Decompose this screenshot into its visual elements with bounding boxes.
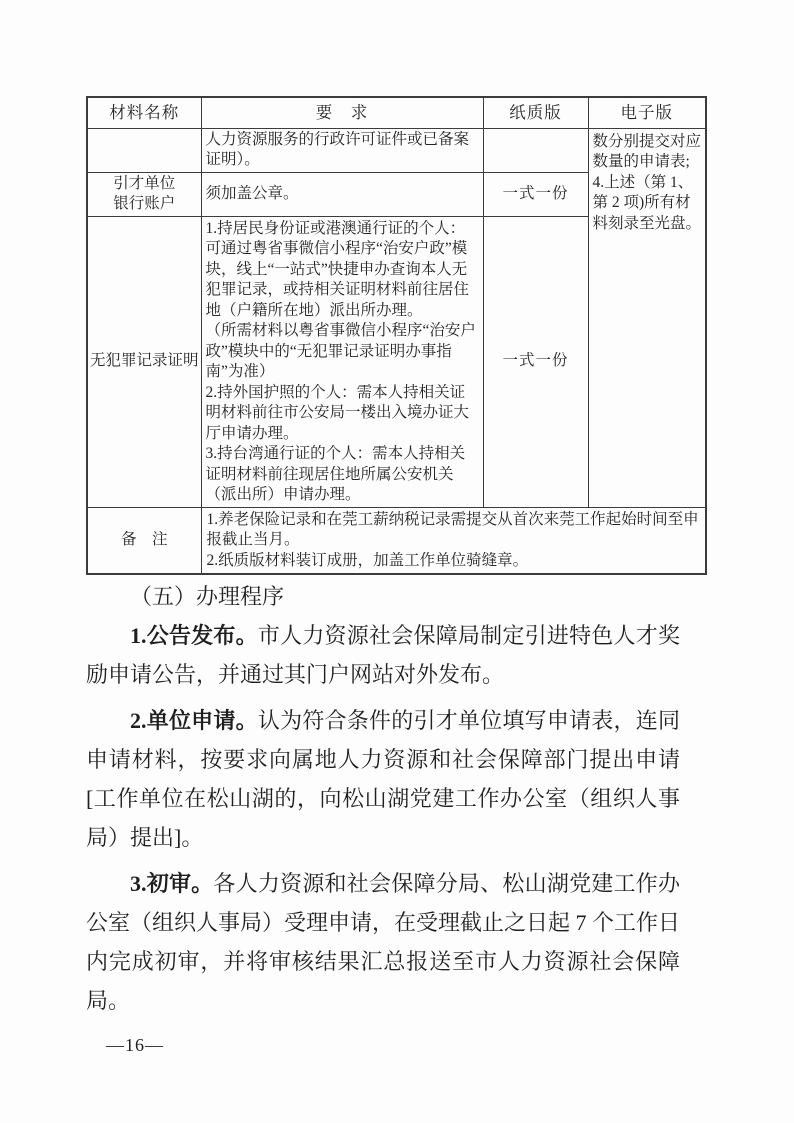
cell-notes-label: 备 注 [87,507,201,574]
cell-paper-one-copy-2: 一式一份 [483,216,588,507]
section-heading: （五）办理程序 [86,577,680,616]
table-row-notes: 备 注 1.养老保险记录和在莞工薪纳税记录需提交从首次来莞工作起始时间至申报截止… [87,507,706,574]
paragraph-announcement: 1.公告发布。市人力资源社会保障局制定引进特色人才奖励申请公告，并通过其门户网站… [86,616,680,694]
table-header-row: 材料名称 要 求 纸质版 电子版 [87,97,706,128]
page-number: —16— [106,1035,164,1056]
cell-paper-one-copy: 一式一份 [483,172,588,216]
cell-paper-empty [483,128,588,172]
paragraph-unit-application-lead: 2.单位申请。 [130,708,258,733]
cell-name-empty [87,128,201,172]
paragraph-unit-application: 2.单位申请。认为符合条件的引才单位填写申请表，连同申请材料，按要求向属地人力资… [86,701,680,857]
header-electronic-version: 电子版 [588,97,706,128]
document-page: 材料名称 要 求 纸质版 电子版 人力资源服务的行政许可证件或已备案证明）。 数… [0,0,794,1123]
table-row-continued: 人力资源服务的行政许可证件或已备案证明）。 数分别提交对应数量的申请表; 4.上… [87,128,706,172]
cell-requirement-seal: 须加盖公章。 [201,172,483,216]
materials-table: 材料名称 要 求 纸质版 电子版 人力资源服务的行政许可证件或已备案证明）。 数… [86,96,707,575]
header-requirement: 要 求 [201,97,483,128]
cell-name-bank-account: 引才单位 银行账户 [87,172,201,216]
paragraph-initial-review-lead: 3.初审。 [130,871,213,896]
body-text: （五）办理程序 1.公告发布。市人力资源社会保障局制定引进特色人才奖励申请公告，… [86,577,680,1020]
cell-requirement-continued: 人力资源服务的行政许可证件或已备案证明）。 [201,128,483,172]
cell-electronic-merged: 数分别提交对应数量的申请表; 4.上述（第 1、第 2 项)所有材料刻录至光盘。 [588,128,706,507]
cell-requirement-criminal-record: 1.持居民身份证或港澳通行证的个人：可通过粤省事微信小程序“治安户政”模块，线上… [201,216,483,507]
cell-name-criminal-record: 无犯罪记录证明 [87,216,201,507]
cell-notes-content: 1.养老保险记录和在莞工薪纳税记录需提交从首次来莞工作起始时间至申报截止当月。 … [201,507,706,574]
paragraph-initial-review: 3.初审。各人力资源和社会保障分局、松山湖党建工作办公室（组织人事局）受理申请，… [86,864,680,1020]
header-paper-version: 纸质版 [483,97,588,128]
header-material-name: 材料名称 [87,97,201,128]
paragraph-announcement-lead: 1.公告发布。 [130,623,258,648]
